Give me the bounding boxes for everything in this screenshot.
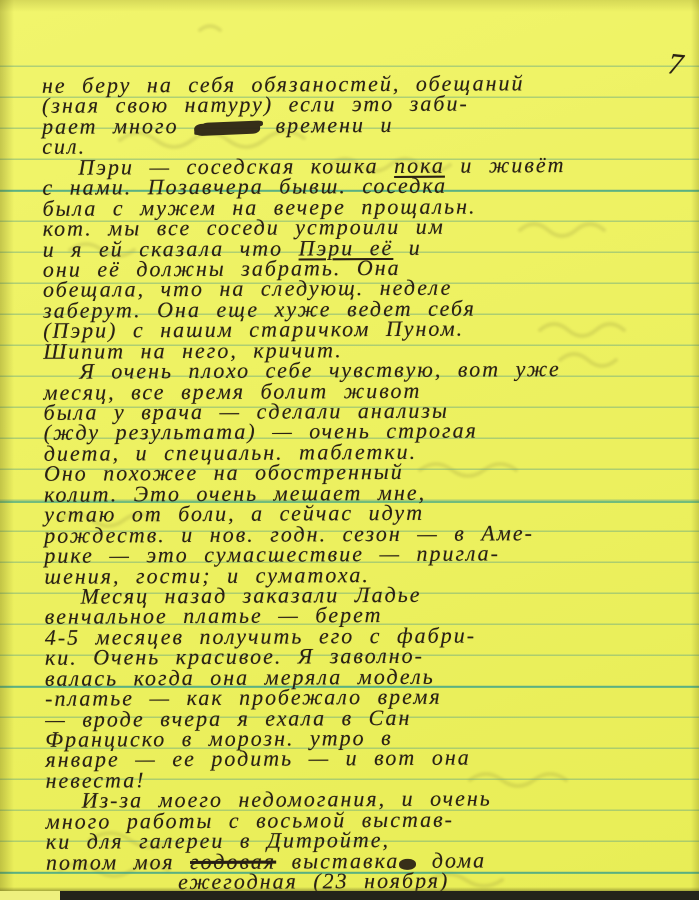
background-below-page (0, 891, 699, 900)
page-edge-shadow-right (691, 0, 699, 900)
handwriting-text: времени и (260, 112, 394, 138)
handwriting-lines: не беру на себя обязаностей, обещаний(зн… (42, 72, 699, 893)
handwriting-text: потом моя (46, 849, 190, 875)
ink-blot (194, 121, 260, 136)
letter-page: 7 не беру на себя обязаностей, обещаний(… (0, 0, 699, 900)
page-edge-shadow-left (0, 0, 14, 900)
under-sheet-corner (0, 891, 60, 900)
bleed-through-mark (200, 26, 220, 30)
handwriting-text: и живёт (445, 152, 566, 178)
ink-blot (399, 858, 416, 870)
page-edge-shadow-top (0, 0, 699, 12)
